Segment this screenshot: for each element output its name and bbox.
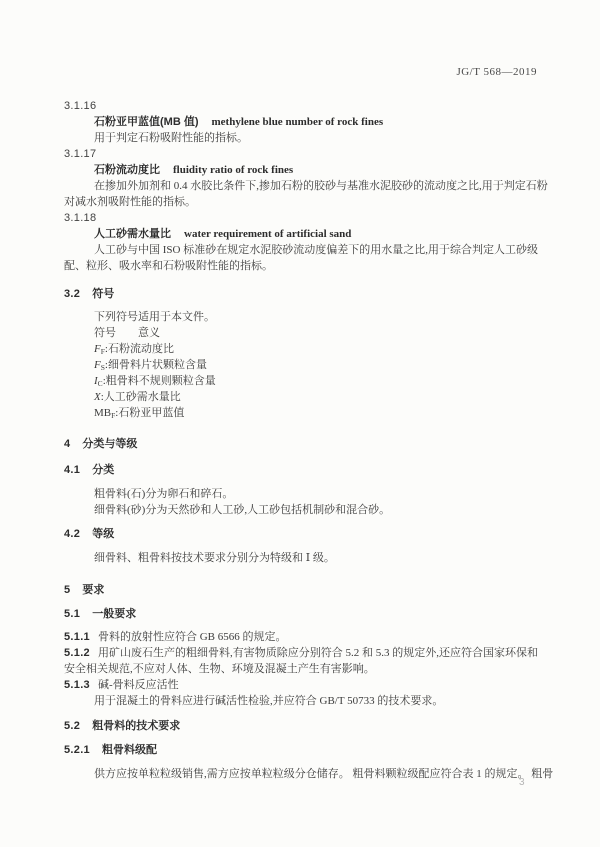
term-zh: 石粉亚甲蓝值(MB 值) [94,116,199,128]
subsection-heading-general: 5.1一般要求 [64,606,537,622]
term-heading: 石粉亚甲蓝值(MB 值)methylene blue number of roc… [64,114,537,130]
symbol-entry: FF:石粉流动度比 [64,341,537,357]
symbols-intro: 下列符号适用于本文件。 [64,309,537,325]
symbol-meaning: :细骨料片状颗粒含量 [105,359,207,371]
term-zh: 人工砂需水量比 [94,228,171,240]
subsection-heading-grading: 5.2.1粗骨料级配 [64,742,537,758]
running-header: JG/T 568—2019 [64,64,537,80]
symbol-letter: F [94,343,101,355]
term-clause-number: 3.1.16 [64,98,537,114]
term-definition-wrap: 对减水剂吸附性能的指标。 [64,194,537,210]
symbol-letter: F [94,359,101,371]
term-en: water requirement of artificial sand [184,228,351,240]
clause-5-1-2: 5.1.2用矿山废石生产的粗细骨料,有害物质除应分别符合 5.2 和 5.3 的… [64,645,537,661]
term-clause-number: 3.1.17 [64,146,537,162]
section-heading-requirements: 5要求 [64,582,537,598]
section-heading-symbols: 3.2符号 [64,286,537,302]
term-heading: 石粉流动度比fluidity ratio of rock fines [64,162,537,178]
standard-code: JG/T 568—2019 [456,66,537,78]
term-definition: 在掺加外加剂和 0.4 水胶比条件下,掺加石粉的胶砂与基准水泥胶砂的流动度之比,… [64,178,537,194]
clause-5-1-1: 5.1.1骨料的放射性应符合 GB 6566 的规定。 [64,629,537,645]
page-number: 3 [519,777,525,788]
term-en: methylene blue number of rock fines [212,116,384,128]
symbol-meaning: :石粉流动度比 [105,343,174,355]
term-definition-wrap: 配、粒形、吸水率和石粉吸附性能的指标。 [64,258,537,274]
symbol-entry: FS:细骨料片状颗粒含量 [64,357,537,373]
term-definition: 用于判定石粉吸附性能的指标。 [64,130,537,146]
symbol-letter: MB [94,407,111,419]
classification-paragraph: 细骨料(砂)分为天然砂和人工砂,人工砂包括机制砂和混合砂。 [64,502,537,518]
subsection-heading-coarse: 5.2粗骨料的技术要求 [64,718,537,734]
symbol-entry: IC:粗骨料不规则颗粒含量 [64,373,537,389]
clause-5-1-3: 5.1.3碱-骨料反应活性 [64,677,537,693]
subsection-heading-grades: 4.2等级 [64,526,537,542]
symbols-column-header: 符号意义 [64,325,537,341]
term-zh: 石粉流动度比 [94,164,160,176]
term-en: fluidity ratio of rock fines [173,164,293,176]
term-clause-number: 3.1.18 [64,210,537,226]
symbol-entry: MBF:石粉亚甲蓝值 [64,405,537,421]
symbol-meaning: :石粉亚甲蓝值 [115,407,184,419]
subsection-heading-classes: 4.1分类 [64,462,537,478]
symbol-entry: X:人工砂需水量比 [64,389,537,405]
term-definition: 人工砂与中国 ISO 标准砂在规定水泥胶砂流动度偏差下的用水量之比,用于综合判定… [64,242,537,258]
clause-5-2-1-paragraph: 供方应按单粒粒级销售,需方应按单粒粒级分仓储存。 粗骨料颗粒级配应符合表 1 的… [64,766,537,782]
clause-5-1-2-wrap: 安全相关规范,不应对人体、生物、环境及混凝土产生有害影响。 [64,661,537,677]
symbol-letter: X [94,391,101,403]
section-heading-classification: 4分类与等级 [64,436,537,452]
grades-paragraph: 细骨料、粗骨料按技术要求分别分为特级和 Ⅰ 级。 [64,550,537,566]
page-content: JG/T 568—2019 3.1.16 石粉亚甲蓝值(MB 值)methyle… [64,0,537,782]
clause-5-1-3-paragraph: 用于混凝土的骨料应进行碱活性检验,并应符合 GB/T 50733 的技术要求。 [64,693,537,709]
classification-paragraph: 粗骨料(石)分为卵石和碎石。 [64,486,537,502]
term-heading: 人工砂需水量比water requirement of artificial s… [64,226,537,242]
document-page: JG/T 568—2019 3.1.16 石粉亚甲蓝值(MB 值)methyle… [0,0,600,847]
symbol-meaning: :人工砂需水量比 [101,391,181,403]
symbol-meaning: :粗骨料不规则颗粒含量 [103,375,216,387]
